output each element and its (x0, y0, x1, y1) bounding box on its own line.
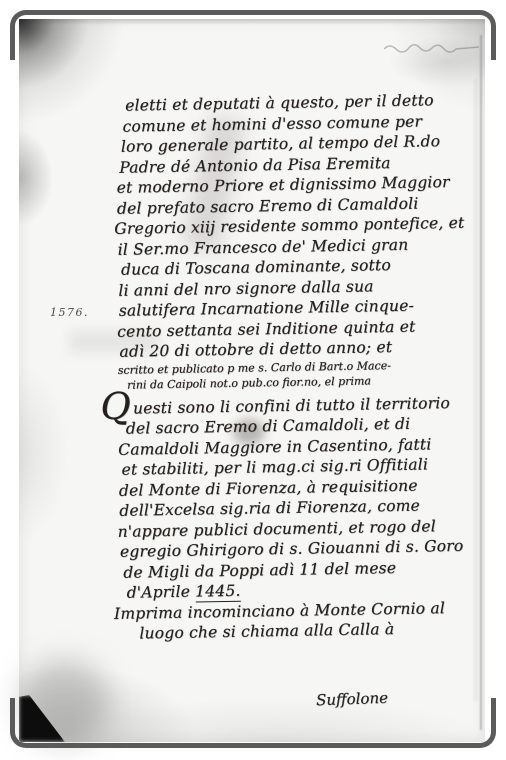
manuscript-line-text: d'Aprile (127, 583, 196, 602)
paper-crease-line (384, 35, 479, 55)
manuscript-text-block: eletti et deputati à questo, per il dett… (105, 90, 487, 645)
decorated-initial: Q (100, 384, 131, 428)
underlined-year: 1445. (195, 582, 241, 603)
scan-viewer: 1576. eletti et deputati à questo, per i… (0, 0, 506, 760)
margin-year-note: 1576. (50, 306, 89, 319)
catchword-signature: Suffolone (316, 689, 389, 710)
